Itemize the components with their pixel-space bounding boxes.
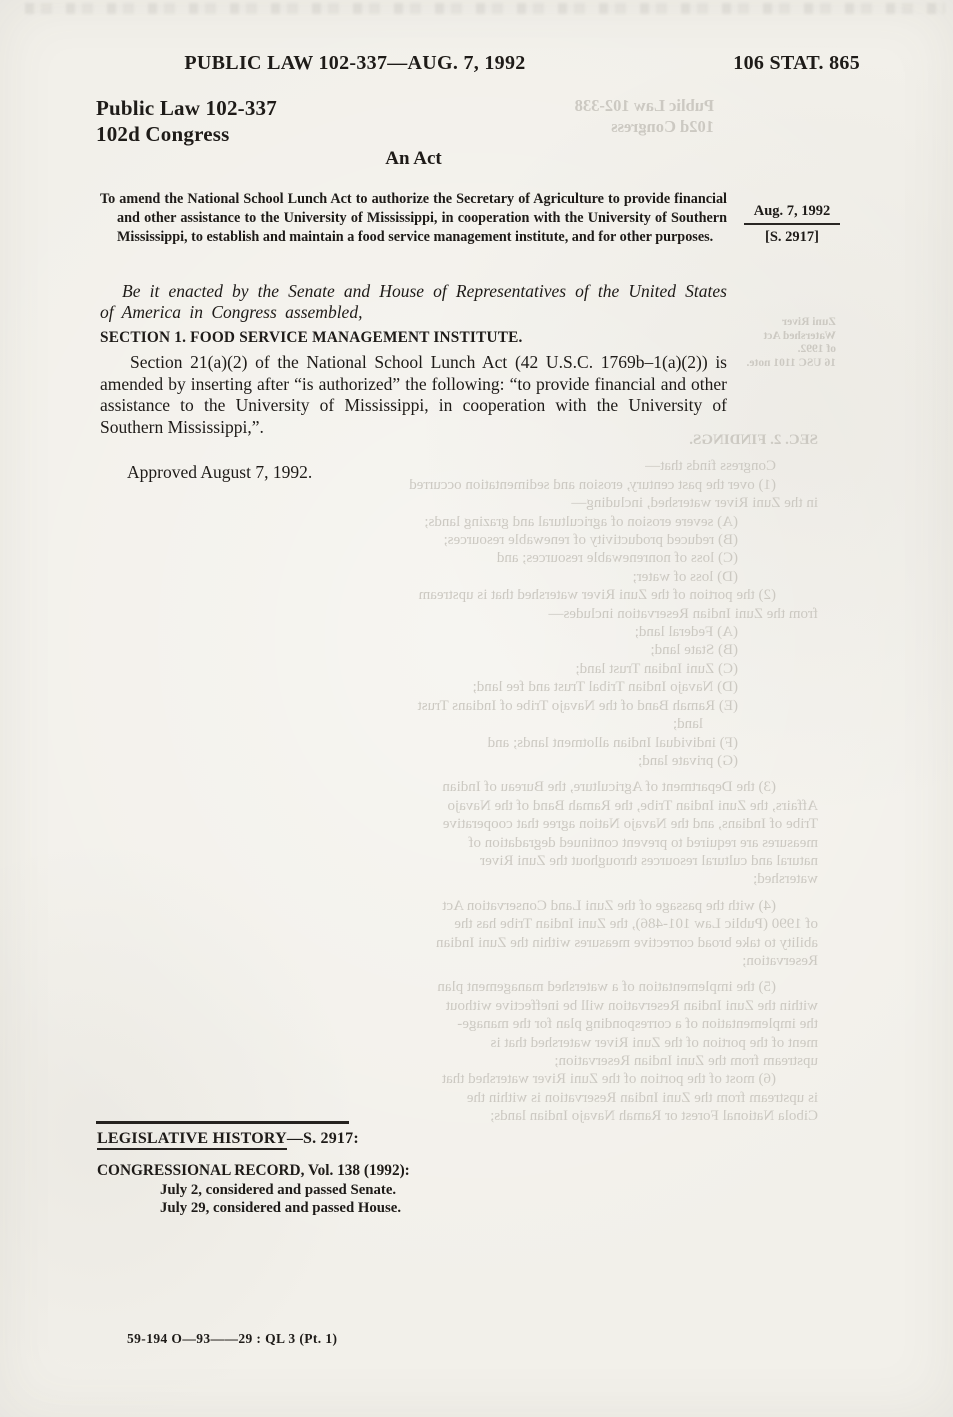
legislative-history-heading-bill: —S. 2917: bbox=[287, 1130, 359, 1147]
public-law-number: Public Law 102-337 bbox=[96, 95, 277, 121]
running-head: PUBLIC LAW 102-337—AUG. 7, 1992 106 STAT… bbox=[100, 52, 860, 78]
congressional-record-entries: July 2, considered and passed Senate.Jul… bbox=[97, 1181, 737, 1217]
margin-note-bill-number: [S. 2917] bbox=[744, 229, 840, 246]
congressional-record-line: CONGRESSIONAL RECORD, Vol. 138 (1992): bbox=[97, 1162, 737, 1180]
scan-edge-smudge bbox=[25, 3, 945, 14]
section-1-heading: SECTION 1. FOOD SERVICE MANAGEMENT INSTI… bbox=[100, 329, 727, 347]
legislative-history-section: LEGISLATIVE HISTORY—S. 2917: CONGRESSION… bbox=[97, 1130, 737, 1217]
legislative-history-heading: LEGISLATIVE HISTORY—S. 2917: bbox=[97, 1130, 737, 1148]
preamble-text: To amend the National School Lunch Act t… bbox=[100, 190, 727, 247]
section-1-body: Section 21(a)(2) of the National School … bbox=[100, 352, 727, 438]
enacting-clause: Be it enacted by the Senate and House of… bbox=[100, 281, 727, 322]
statute-page-scan: PUBLIC LAW 102-337—AUG. 7, 1992 106 STAT… bbox=[0, 0, 953, 1417]
running-head-stat-citation: 106 STAT. 865 bbox=[733, 52, 860, 75]
act-title: An Act bbox=[100, 148, 727, 170]
congress-number: 102d Congress bbox=[96, 121, 277, 147]
legislative-history-rule bbox=[96, 1121, 349, 1124]
margin-note: Aug. 7, 1992 [S. 2917] bbox=[744, 203, 840, 246]
legislative-history-heading-underlined: LEGISLATIVE HISTORY bbox=[97, 1130, 287, 1150]
bleedthrough-body-text: SEC. 2. FINDINGS.Congress finds that—(1)… bbox=[118, 431, 818, 1126]
public-law-heading: Public Law 102-337 102d Congress bbox=[96, 95, 277, 147]
bleedthrough-margin-note: Zuni RiverWatershed Actof 1992.16 USC 11… bbox=[746, 316, 836, 370]
running-head-law-number: PUBLIC LAW 102-337—AUG. 7, 1992 bbox=[100, 52, 610, 75]
gpo-print-code: 59-194 O—93——29 : QL 3 (Pt. 1) bbox=[127, 1331, 337, 1347]
bleedthrough-public-law-heading: Public Law 102-338102d Congress bbox=[498, 95, 714, 137]
margin-note-date: Aug. 7, 1992 bbox=[744, 203, 840, 225]
